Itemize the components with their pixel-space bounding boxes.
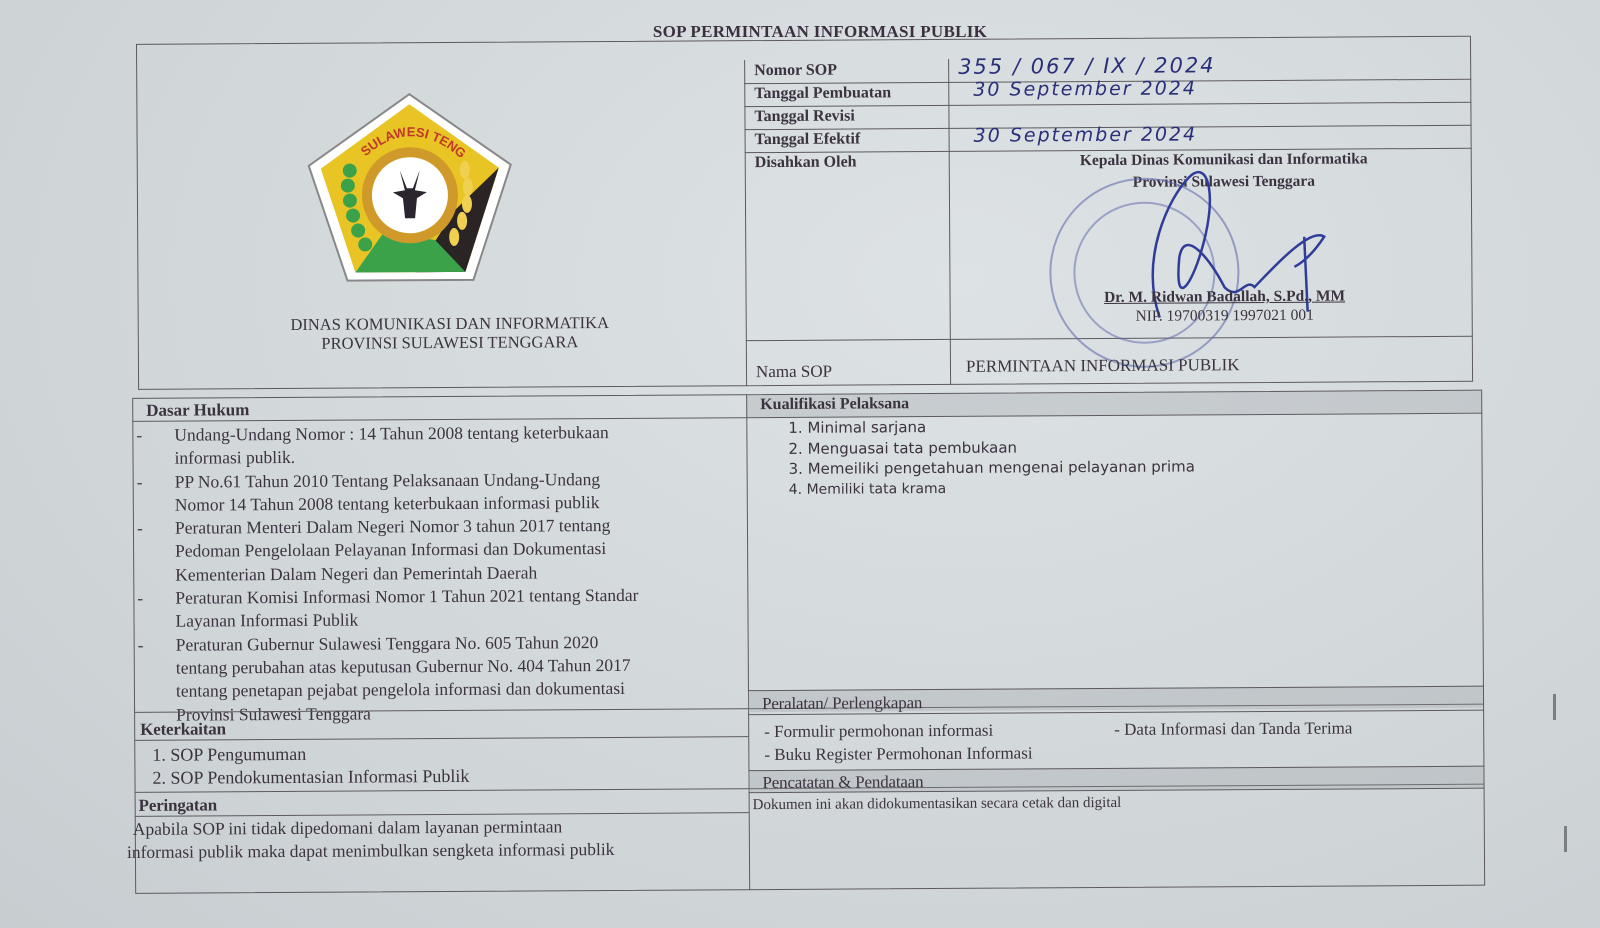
dasar-hukum-line: Peraturan Menteri Dalam Negeri Nomor 3 t… (175, 513, 735, 540)
kualifikasi-list: 1. Minimal sarjana 2. Menguasai tata pem… (788, 415, 1195, 499)
signer-block: Dr. M. Ridwan Badallah, S.Pd., MM NIP. 1… (1020, 286, 1430, 327)
peralatan-item: - Formulir permohonan informasi (764, 718, 1114, 743)
dasar-hukum-list: -Undang-Undang Nomor : 14 Tahun 2008 ten… (134, 420, 736, 727)
peralatan-item: - Buku Register Permohonan Informasi (764, 739, 1484, 767)
keterkaitan-item: 1. SOP Pengumuman (152, 742, 469, 767)
peralatan-item: - Data Informasi dan Tanda Terima (1114, 716, 1352, 741)
heading-peringatan: Peringatan (139, 795, 217, 815)
peringatan-line: Apabila SOP ini tidak dipedomani dalam l… (127, 815, 615, 841)
peringatan-text: Apabila SOP ini tidak dipedomani dalam l… (127, 815, 615, 865)
keterkaitan-list: 1. SOP Pengumuman 2. SOP Pendokumentasia… (152, 742, 469, 791)
scan-margin-mark (1564, 826, 1567, 852)
label-tanggal-pembuatan: Tanggal Pembuatan (754, 84, 891, 103)
dasar-hukum-item: -Undang-Undang Nomor : 14 Tahun 2008 ten… (134, 420, 734, 470)
kualifikasi-item: 1. Minimal sarjana (788, 415, 1194, 438)
heading-peralatan: Peralatan/ Perlengkapan (762, 693, 922, 714)
label-tanggal-revisi: Tanggal Revisi (754, 108, 854, 127)
value-nama-sop: PERMINTAAN INFORMASI PUBLIK (966, 355, 1240, 377)
dasar-hukum-item: -Peraturan Komisi Informasi Nomor 1 Tahu… (135, 583, 735, 633)
dasar-hukum-line: tentang perubahan atas keputusan Gubernu… (176, 653, 736, 680)
dasar-hukum-line: Kementerian Dalam Negeri dan Pemerintah … (175, 560, 735, 587)
bullet-dash: - (137, 587, 143, 610)
label-tanggal-efektif: Tanggal Efektif (755, 130, 861, 149)
dasar-hukum-line: Peraturan Gubernur Sulawesi Tenggara No.… (176, 630, 736, 657)
dasar-hukum-line: Nomor 14 Tahun 2008 tentang keterbukaan … (175, 490, 735, 517)
dasar-hukum-item: -PP No.61 Tahun 2010 Tentang Pelaksanaan… (135, 467, 735, 517)
scan-margin-mark (1553, 694, 1556, 720)
bullet-dash: - (137, 517, 143, 540)
dasar-hukum-line: PP No.61 Tahun 2010 Tentang Pelaksanaan … (175, 467, 735, 494)
keterkaitan-item: 2. SOP Pendokumentasian Informasi Publik (152, 765, 469, 790)
sop-sheet: SULAWESI TENGGARA DINAS KOMUNIKASI DAN I… (118, 35, 1543, 904)
kualifikasi-item: 2. Menguasai tata pembukaan (788, 436, 1194, 459)
dasar-hukum-line: informasi publik. (174, 444, 734, 471)
peringatan-line: informasi publik maka dapat menimbulkan … (127, 838, 615, 864)
agency-name: DINAS KOMUNIKASI DAN INFORMATIKA PROVINS… (230, 313, 670, 354)
signer-nip: NIP. 19700319 1997021 001 (1020, 305, 1430, 327)
dasar-hukum-line: Undang-Undang Nomor : 14 Tahun 2008 tent… (174, 420, 734, 447)
kualifikasi-item: 3. Memeiliki pengetahuan mengenai pelaya… (789, 456, 1195, 479)
heading-keterkaitan: Keterkaitan (140, 719, 226, 740)
agency-line-2: PROVINSI SULAWESI TENGGARA (230, 332, 670, 354)
bullet-dash: - (136, 424, 142, 447)
dasar-hukum-line: tentang penetapan pejabat pengelola info… (176, 677, 736, 704)
heading-kualifikasi: Kualifikasi Pelaksana (760, 395, 909, 414)
heading-pencatatan: Pencatatan & Pendataan (762, 772, 923, 793)
dasar-hukum-line: Layanan Informasi Publik (175, 607, 735, 634)
bullet-dash: - (137, 470, 143, 493)
heading-dasar-hukum: Dasar Hukum (146, 400, 249, 421)
dasar-hukum-item: -Peraturan Menteri Dalam Negeri Nomor 3 … (135, 513, 735, 587)
label-disahkan-oleh: Disahkan Oleh (755, 153, 857, 172)
signer-name: Dr. M. Ridwan Badallah, S.Pd., MM (1020, 286, 1430, 308)
label-nomor-sop: Nomor SOP (754, 62, 837, 81)
agency-line-1: DINAS KOMUNIKASI DAN INFORMATIKA (230, 313, 670, 335)
provincial-emblem-icon: SULAWESI TENGGARA (304, 90, 515, 286)
dasar-hukum-line: Pedoman Pengelolaan Pelayanan Informasi … (175, 537, 735, 564)
value-tanggal-pembuatan: 30 September 2024 (973, 77, 1197, 100)
kualifikasi-item: 4. Memiliki tata krama (789, 477, 1195, 500)
bullet-dash: - (138, 634, 144, 657)
pencatatan-text: Dokumen ini akan didokumentasikan secara… (753, 792, 1122, 818)
dasar-hukum-line: Peraturan Komisi Informasi Nomor 1 Tahun… (175, 583, 735, 610)
value-nomor-sop: 355 / 067 / IX / 2024 (958, 53, 1216, 79)
label-nama-sop: Nama SOP (756, 362, 832, 382)
peralatan-list: - Formulir permohonan informasi - Data I… (764, 716, 1484, 767)
dasar-hukum-line: Provinsi Sulawesi Tenggara (176, 700, 736, 727)
